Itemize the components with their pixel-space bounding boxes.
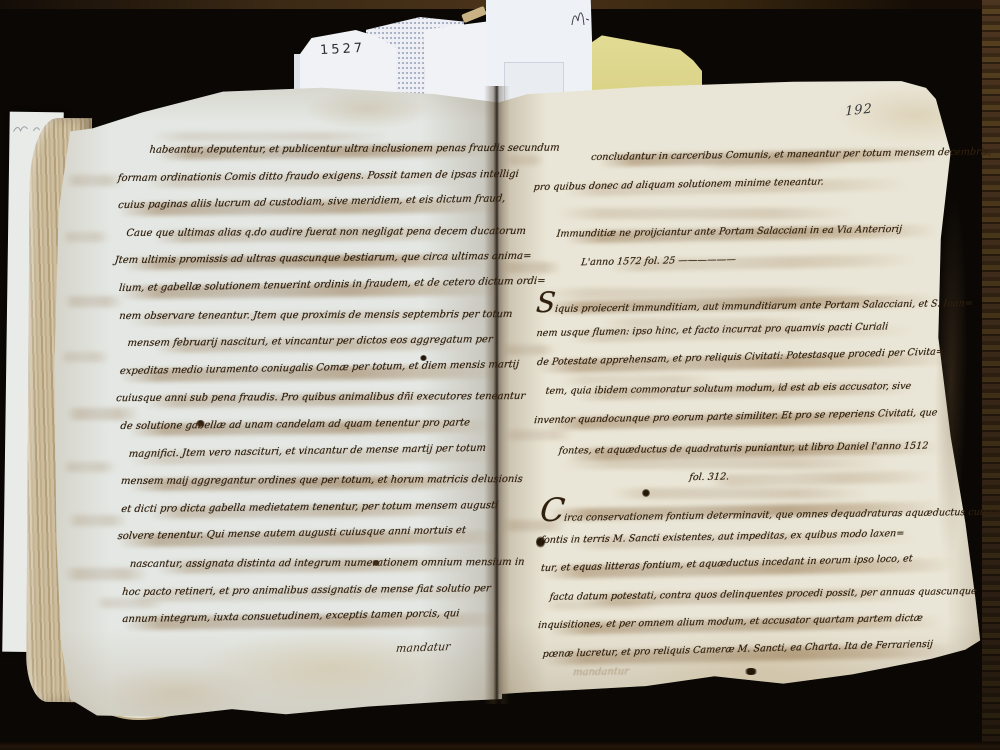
manuscript-line-text: nem observare teneantur. Jtem que proxim… — [119, 308, 512, 324]
bookmark-year-label: 1527 — [320, 41, 366, 58]
manuscript-line-text: Siquis proiecerit immunditiam, aut immun… — [535, 292, 960, 316]
manuscript-line: cuius paginas aliis lucrum ad custodiam,… — [118, 195, 510, 227]
manuscript-line: lium, et gabellæ solutionem tenuerint or… — [119, 278, 511, 310]
manuscript-line-text: nascantur, assignata distinta ad integru… — [129, 556, 514, 572]
manuscript-line: nascantur, assignata distinta ad integru… — [130, 554, 514, 586]
ink-showthrough — [62, 462, 117, 472]
ink-showthrough — [68, 515, 128, 526]
right-paragraph-3: Circa conservationem fontium determinavi… — [540, 497, 967, 676]
manuscript-line: magnifici. Jtem vero nascituri, et vinca… — [129, 443, 513, 475]
table-wood-right — [982, 0, 1000, 750]
manuscript-line-text: Caue que ultimas alias q.do audire fuera… — [126, 225, 511, 241]
right-page-text: concludantur in carceribus Comunis, et m… — [533, 144, 967, 676]
pen-scribble — [568, 3, 590, 29]
right-paragraph-1: concludantur in carceribus Comunis, et m… — [533, 144, 958, 210]
manuscript-line-text: mensem maij aggregantur ordines que per … — [120, 473, 513, 489]
table-wood-bottom — [0, 742, 1000, 750]
manuscript-line: annum integrum, iuxta consuetudinem, exc… — [122, 609, 514, 641]
folio-number: 192 — [845, 102, 873, 120]
manuscript-line: mensem maij aggregantur ordines que per … — [121, 471, 513, 503]
ink-showthrough — [150, 132, 390, 141]
folio-reference: fontes, et aquæductus de quadraturis pun… — [539, 437, 964, 503]
manuscript-line: cuiusque anni sub pena fraudis. Pro quib… — [116, 388, 512, 420]
left-page-text: habeantur, deputentur, et publicentur ul… — [117, 140, 514, 641]
manuscript-line-text: cuiusque anni sub pena fraudis. Pro quib… — [115, 390, 512, 406]
ink-showthrough — [66, 175, 124, 186]
manuscript-line: fol. 312. — [689, 466, 964, 500]
manuscript-line: habeantur, deputentur, et publicentur ul… — [149, 140, 509, 171]
manuscript-line: nem observare teneantur. Jtem que proxim… — [119, 306, 511, 338]
manuscript-line-text: habeantur, deputentur, et publicentur ul… — [149, 142, 510, 158]
manuscript-photo: 1527 — [0, 0, 1000, 750]
manuscript-line: expeditas medio iuramento coniugalis Com… — [120, 361, 512, 393]
ink-showthrough — [64, 296, 124, 307]
manuscript-line: L'anno 1572 fol. 25 —————— — [581, 249, 959, 285]
right-paragraph-2: Siquis proiecerit immunditiam, aut immun… — [536, 290, 963, 443]
manuscript-line: solvere tenentur. Qui mense autem august… — [117, 526, 513, 558]
ink-showthrough — [60, 352, 110, 362]
rubric-heading: Immunditiæ ne proijciantur ante Portam S… — [534, 220, 959, 286]
ink-showthrough — [62, 232, 110, 242]
ghost-catchword: mandantur — [572, 666, 629, 678]
catchword: mandatur — [395, 640, 451, 655]
manuscript-line-text: Circa conservationem fontium determinavi… — [539, 499, 965, 525]
